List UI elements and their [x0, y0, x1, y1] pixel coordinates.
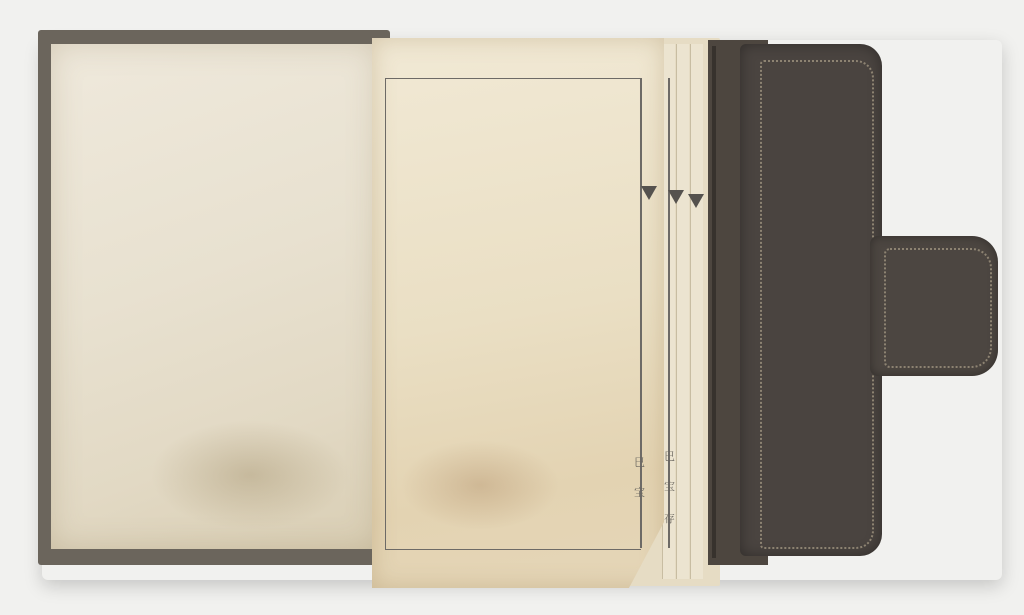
margin-character: 巳: [664, 450, 676, 463]
page-edge: [676, 44, 689, 579]
frame-rule: [640, 78, 642, 548]
flap-stitching: [884, 248, 992, 368]
fish-tail-mark-icon: [688, 194, 704, 208]
margin-character: 存: [664, 512, 676, 525]
margin-character: 宝: [634, 486, 646, 499]
photo-scene: 巳 宝 巳 宝 存: [0, 0, 1024, 615]
endpaper-stain: [150, 420, 350, 530]
back-cover-stitching: [760, 60, 874, 549]
page-edge: [690, 44, 703, 579]
margin-character: 宝: [664, 480, 676, 493]
fish-tail-mark-icon: [641, 186, 657, 200]
page-stain: [400, 440, 560, 530]
spine-seam: [712, 46, 716, 558]
margin-character: 巳: [634, 456, 646, 469]
frame-rule: [668, 78, 670, 548]
fish-tail-mark-icon: [668, 190, 684, 204]
